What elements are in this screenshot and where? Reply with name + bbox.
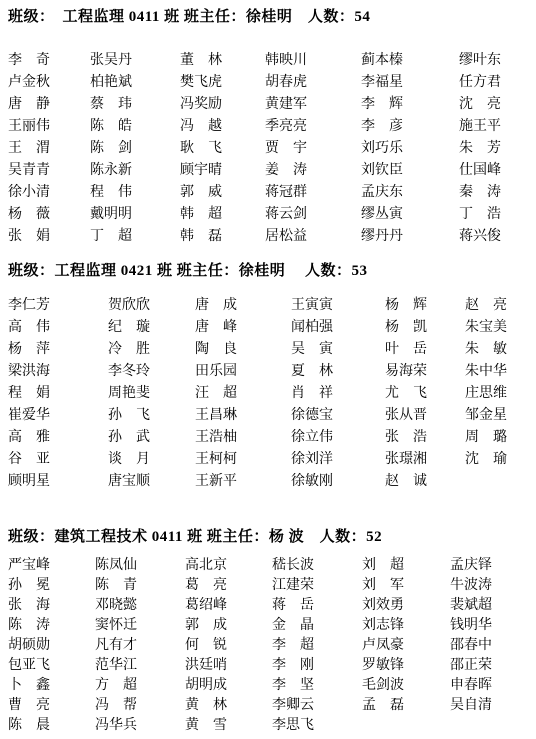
student-name: 冯 帮 xyxy=(95,696,185,716)
student-name: 孙 飞 xyxy=(108,405,195,427)
student-name: 顾宇晴 xyxy=(180,160,265,182)
student-name: 刘志锋 xyxy=(362,616,450,636)
student-name: 胡明成 xyxy=(185,676,272,696)
student-name xyxy=(465,471,536,493)
student-name: 陈永新 xyxy=(90,160,180,182)
student-name: 罗敏锋 xyxy=(362,656,450,676)
student-name: 纪 璇 xyxy=(108,317,195,339)
student-name: 孙 冕 xyxy=(8,576,95,596)
student-name: 孙 武 xyxy=(108,427,195,449)
student-name: 梁洪海 xyxy=(8,361,108,383)
student-name: 何 锐 xyxy=(185,636,272,656)
student-name: 朱宝美 xyxy=(465,317,536,339)
student-name: 卢凤豪 xyxy=(362,636,450,656)
student-name: 李思飞 xyxy=(272,716,362,736)
student-name: 郭 成 xyxy=(185,616,272,636)
student-name: 李 坚 xyxy=(272,676,362,696)
student-name: 蒋 岳 xyxy=(272,596,362,616)
student-name: 陈凤仙 xyxy=(95,556,185,576)
student-name: 尤 飞 xyxy=(385,383,465,405)
student-name: 缪丹丹 xyxy=(361,226,459,248)
student-name: 施王平 xyxy=(459,116,536,138)
class-header-3: 班级：建筑工程技术 0411 班 班主任：杨 波 人数：52 xyxy=(8,528,536,546)
student-name: 秦 涛 xyxy=(459,182,536,204)
student-grid-1: 李 奇张吴丹董 林韩映川蓟本榛缪叶东卢金秋柏艳斌樊飞虎胡春虎李福星任方君唐 静蔡… xyxy=(8,50,536,248)
student-name: 胡硕勋 xyxy=(8,636,95,656)
class-section-1: 班级： 工程监理 0411 班 班主任：徐桂明 人数：54 李 奇张吴丹董 林韩… xyxy=(8,8,536,248)
student-name: 程 伟 xyxy=(90,182,180,204)
class-header-1: 班级： 工程监理 0411 班 班主任：徐桂明 人数：54 xyxy=(8,8,536,26)
student-name: 缪叶东 xyxy=(459,50,536,72)
student-name: 韩 超 xyxy=(180,204,265,226)
student-name: 孟庆铎 xyxy=(450,556,536,576)
student-name: 曹 亮 xyxy=(8,696,95,716)
student-name: 赵 亮 xyxy=(465,295,536,317)
student-name: 葛 亮 xyxy=(185,576,272,596)
student-name: 陈 晨 xyxy=(8,716,95,736)
student-name: 邹金星 xyxy=(465,405,536,427)
student-name: 嵇长波 xyxy=(272,556,362,576)
student-name: 蓟本榛 xyxy=(361,50,459,72)
roster-document: 班级： 工程监理 0411 班 班主任：徐桂明 人数：54 李 奇张吴丹董 林韩… xyxy=(0,0,536,739)
student-name: 徐刘洋 xyxy=(291,449,385,471)
student-name: 张吴丹 xyxy=(90,50,180,72)
student-name: 朱 敏 xyxy=(465,339,536,361)
student-name: 吴 寅 xyxy=(291,339,385,361)
student-name: 仕国峰 xyxy=(459,160,536,182)
student-name: 冯华兵 xyxy=(95,716,185,736)
student-grid-2: 李仁芳贺欣欣唐 成王寅寅杨 辉赵 亮高 伟纪 璇唐 峰闻柏强杨 凯朱宝美杨 萍冷… xyxy=(8,295,536,493)
student-name: 汪 超 xyxy=(195,383,291,405)
student-name: 陶 良 xyxy=(195,339,291,361)
student-name: 陈 青 xyxy=(95,576,185,596)
student-name: 李仁芳 xyxy=(8,295,108,317)
student-name: 李 超 xyxy=(272,636,362,656)
student-name: 李 奇 xyxy=(8,50,90,72)
student-name: 缪丛寅 xyxy=(361,204,459,226)
student-name: 毛剑波 xyxy=(362,676,450,696)
student-name: 季亮亮 xyxy=(265,116,361,138)
student-name: 李冬玲 xyxy=(108,361,195,383)
student-name: 江建荣 xyxy=(272,576,362,596)
student-name: 牛波涛 xyxy=(450,576,536,596)
student-name: 高 伟 xyxy=(8,317,108,339)
student-name: 唐 静 xyxy=(8,94,90,116)
student-name: 刘巧乐 xyxy=(361,138,459,160)
student-name: 杨 凯 xyxy=(385,317,465,339)
student-name: 裴斌超 xyxy=(450,596,536,616)
student-name: 丁 超 xyxy=(90,226,180,248)
student-name: 王 渭 xyxy=(8,138,90,160)
student-name: 李 刚 xyxy=(272,656,362,676)
student-name: 高北京 xyxy=(185,556,272,576)
student-name: 李卿云 xyxy=(272,696,362,716)
student-name: 程 娟 xyxy=(8,383,108,405)
student-name: 贾 宇 xyxy=(265,138,361,160)
student-name: 孟 磊 xyxy=(362,696,450,716)
student-name: 叶 岳 xyxy=(385,339,465,361)
student-name: 徐立伟 xyxy=(291,427,385,449)
student-name: 王新平 xyxy=(195,471,291,493)
student-name: 窦怀迁 xyxy=(95,616,185,636)
student-name: 陈 皓 xyxy=(90,116,180,138)
class-section-2: 班级：工程监理 0421 班 班主任：徐桂明 人数：53 李仁芳贺欣欣唐 成王寅… xyxy=(8,262,536,493)
student-name: 陈 涛 xyxy=(8,616,95,636)
student-name: 张 海 xyxy=(8,596,95,616)
student-name: 吴青青 xyxy=(8,160,90,182)
student-name: 韩 磊 xyxy=(180,226,265,248)
student-name: 黄 林 xyxy=(185,696,272,716)
student-name: 徐德宝 xyxy=(291,405,385,427)
student-name: 贺欣欣 xyxy=(108,295,195,317)
student-grid-3: 严宝峰陈凤仙高北京嵇长波刘 超孟庆铎孙 冕陈 青葛 亮江建荣刘 军牛波涛张 海邓… xyxy=(8,556,536,736)
student-name: 凡有才 xyxy=(95,636,185,656)
student-name: 张璟湘 xyxy=(385,449,465,471)
student-name: 葛绍峰 xyxy=(185,596,272,616)
student-name: 陈 剑 xyxy=(90,138,180,160)
student-name: 刘钦臣 xyxy=(361,160,459,182)
student-name: 郭 威 xyxy=(180,182,265,204)
student-name: 黄 雪 xyxy=(185,716,272,736)
student-name: 张 娟 xyxy=(8,226,90,248)
student-name: 周艳斐 xyxy=(108,383,195,405)
student-name: 杨 辉 xyxy=(385,295,465,317)
student-name: 邵春中 xyxy=(450,636,536,656)
student-name: 刘效勇 xyxy=(362,596,450,616)
student-name: 徐敏刚 xyxy=(291,471,385,493)
student-name: 邵正荣 xyxy=(450,656,536,676)
student-name: 柏艳斌 xyxy=(90,72,180,94)
student-name: 朱 芳 xyxy=(459,138,536,160)
student-name xyxy=(450,716,536,736)
student-name: 邓晓懿 xyxy=(95,596,185,616)
student-name: 丁 浩 xyxy=(459,204,536,226)
student-name: 蒋冠群 xyxy=(265,182,361,204)
student-name: 张 浩 xyxy=(385,427,465,449)
student-name: 田乐园 xyxy=(195,361,291,383)
student-name: 顾明星 xyxy=(8,471,108,493)
student-name: 钱明华 xyxy=(450,616,536,636)
student-name: 王柯柯 xyxy=(195,449,291,471)
student-name: 唐宝顺 xyxy=(108,471,195,493)
student-name: 卢金秋 xyxy=(8,72,90,94)
student-name: 王丽伟 xyxy=(8,116,90,138)
student-name: 刘 超 xyxy=(362,556,450,576)
student-name: 黄建军 xyxy=(265,94,361,116)
student-name: 李 彦 xyxy=(361,116,459,138)
student-name: 樊飞虎 xyxy=(180,72,265,94)
student-name: 居松益 xyxy=(265,226,361,248)
student-name: 沈 亮 xyxy=(459,94,536,116)
student-name: 刘 军 xyxy=(362,576,450,596)
student-name: 闻柏强 xyxy=(291,317,385,339)
student-name: 冷 胜 xyxy=(108,339,195,361)
student-name: 冯 越 xyxy=(180,116,265,138)
student-name: 姜 涛 xyxy=(265,160,361,182)
student-name: 洪廷哨 xyxy=(185,656,272,676)
student-name: 夏 林 xyxy=(291,361,385,383)
student-name: 方 超 xyxy=(95,676,185,696)
student-name: 张从晋 xyxy=(385,405,465,427)
student-name: 王昌琳 xyxy=(195,405,291,427)
student-name: 包亚飞 xyxy=(8,656,95,676)
student-name: 李福星 xyxy=(361,72,459,94)
student-name: 任方君 xyxy=(459,72,536,94)
student-name: 徐小清 xyxy=(8,182,90,204)
student-name: 谈 月 xyxy=(108,449,195,471)
student-name: 肖 祥 xyxy=(291,383,385,405)
student-name: 周 璐 xyxy=(465,427,536,449)
student-name: 范华江 xyxy=(95,656,185,676)
student-name: 王浩柚 xyxy=(195,427,291,449)
student-name: 易海荣 xyxy=(385,361,465,383)
student-name: 蔡 玮 xyxy=(90,94,180,116)
student-name: 赵 诚 xyxy=(385,471,465,493)
student-name: 耿 飞 xyxy=(180,138,265,160)
student-name: 卜 鑫 xyxy=(8,676,95,696)
student-name: 高 雅 xyxy=(8,427,108,449)
student-name: 胡春虎 xyxy=(265,72,361,94)
student-name: 唐 成 xyxy=(195,295,291,317)
class-section-3: 班级：建筑工程技术 0411 班 班主任：杨 波 人数：52 严宝峰陈凤仙高北京… xyxy=(8,528,536,736)
student-name: 沈 瑜 xyxy=(465,449,536,471)
student-name: 王寅寅 xyxy=(291,295,385,317)
student-name: 唐 峰 xyxy=(195,317,291,339)
student-name: 戴明明 xyxy=(90,204,180,226)
student-name: 严宝峰 xyxy=(8,556,95,576)
student-name: 李 辉 xyxy=(361,94,459,116)
student-name: 蒋云剑 xyxy=(265,204,361,226)
class-header-2: 班级：工程监理 0421 班 班主任：徐桂明 人数：53 xyxy=(8,262,536,280)
student-name: 谷 亚 xyxy=(8,449,108,471)
student-name: 韩映川 xyxy=(265,50,361,72)
student-name: 金 晶 xyxy=(272,616,362,636)
student-name: 朱中华 xyxy=(465,361,536,383)
student-name: 蒋兴俊 xyxy=(459,226,536,248)
student-name: 孟庆东 xyxy=(361,182,459,204)
student-name: 董 林 xyxy=(180,50,265,72)
student-name: 庄思维 xyxy=(465,383,536,405)
student-name: 申春晖 xyxy=(450,676,536,696)
student-name: 吴自清 xyxy=(450,696,536,716)
student-name: 杨 萍 xyxy=(8,339,108,361)
student-name: 冯奖励 xyxy=(180,94,265,116)
student-name xyxy=(362,716,450,736)
student-name: 杨 薇 xyxy=(8,204,90,226)
student-name: 崔爱华 xyxy=(8,405,108,427)
